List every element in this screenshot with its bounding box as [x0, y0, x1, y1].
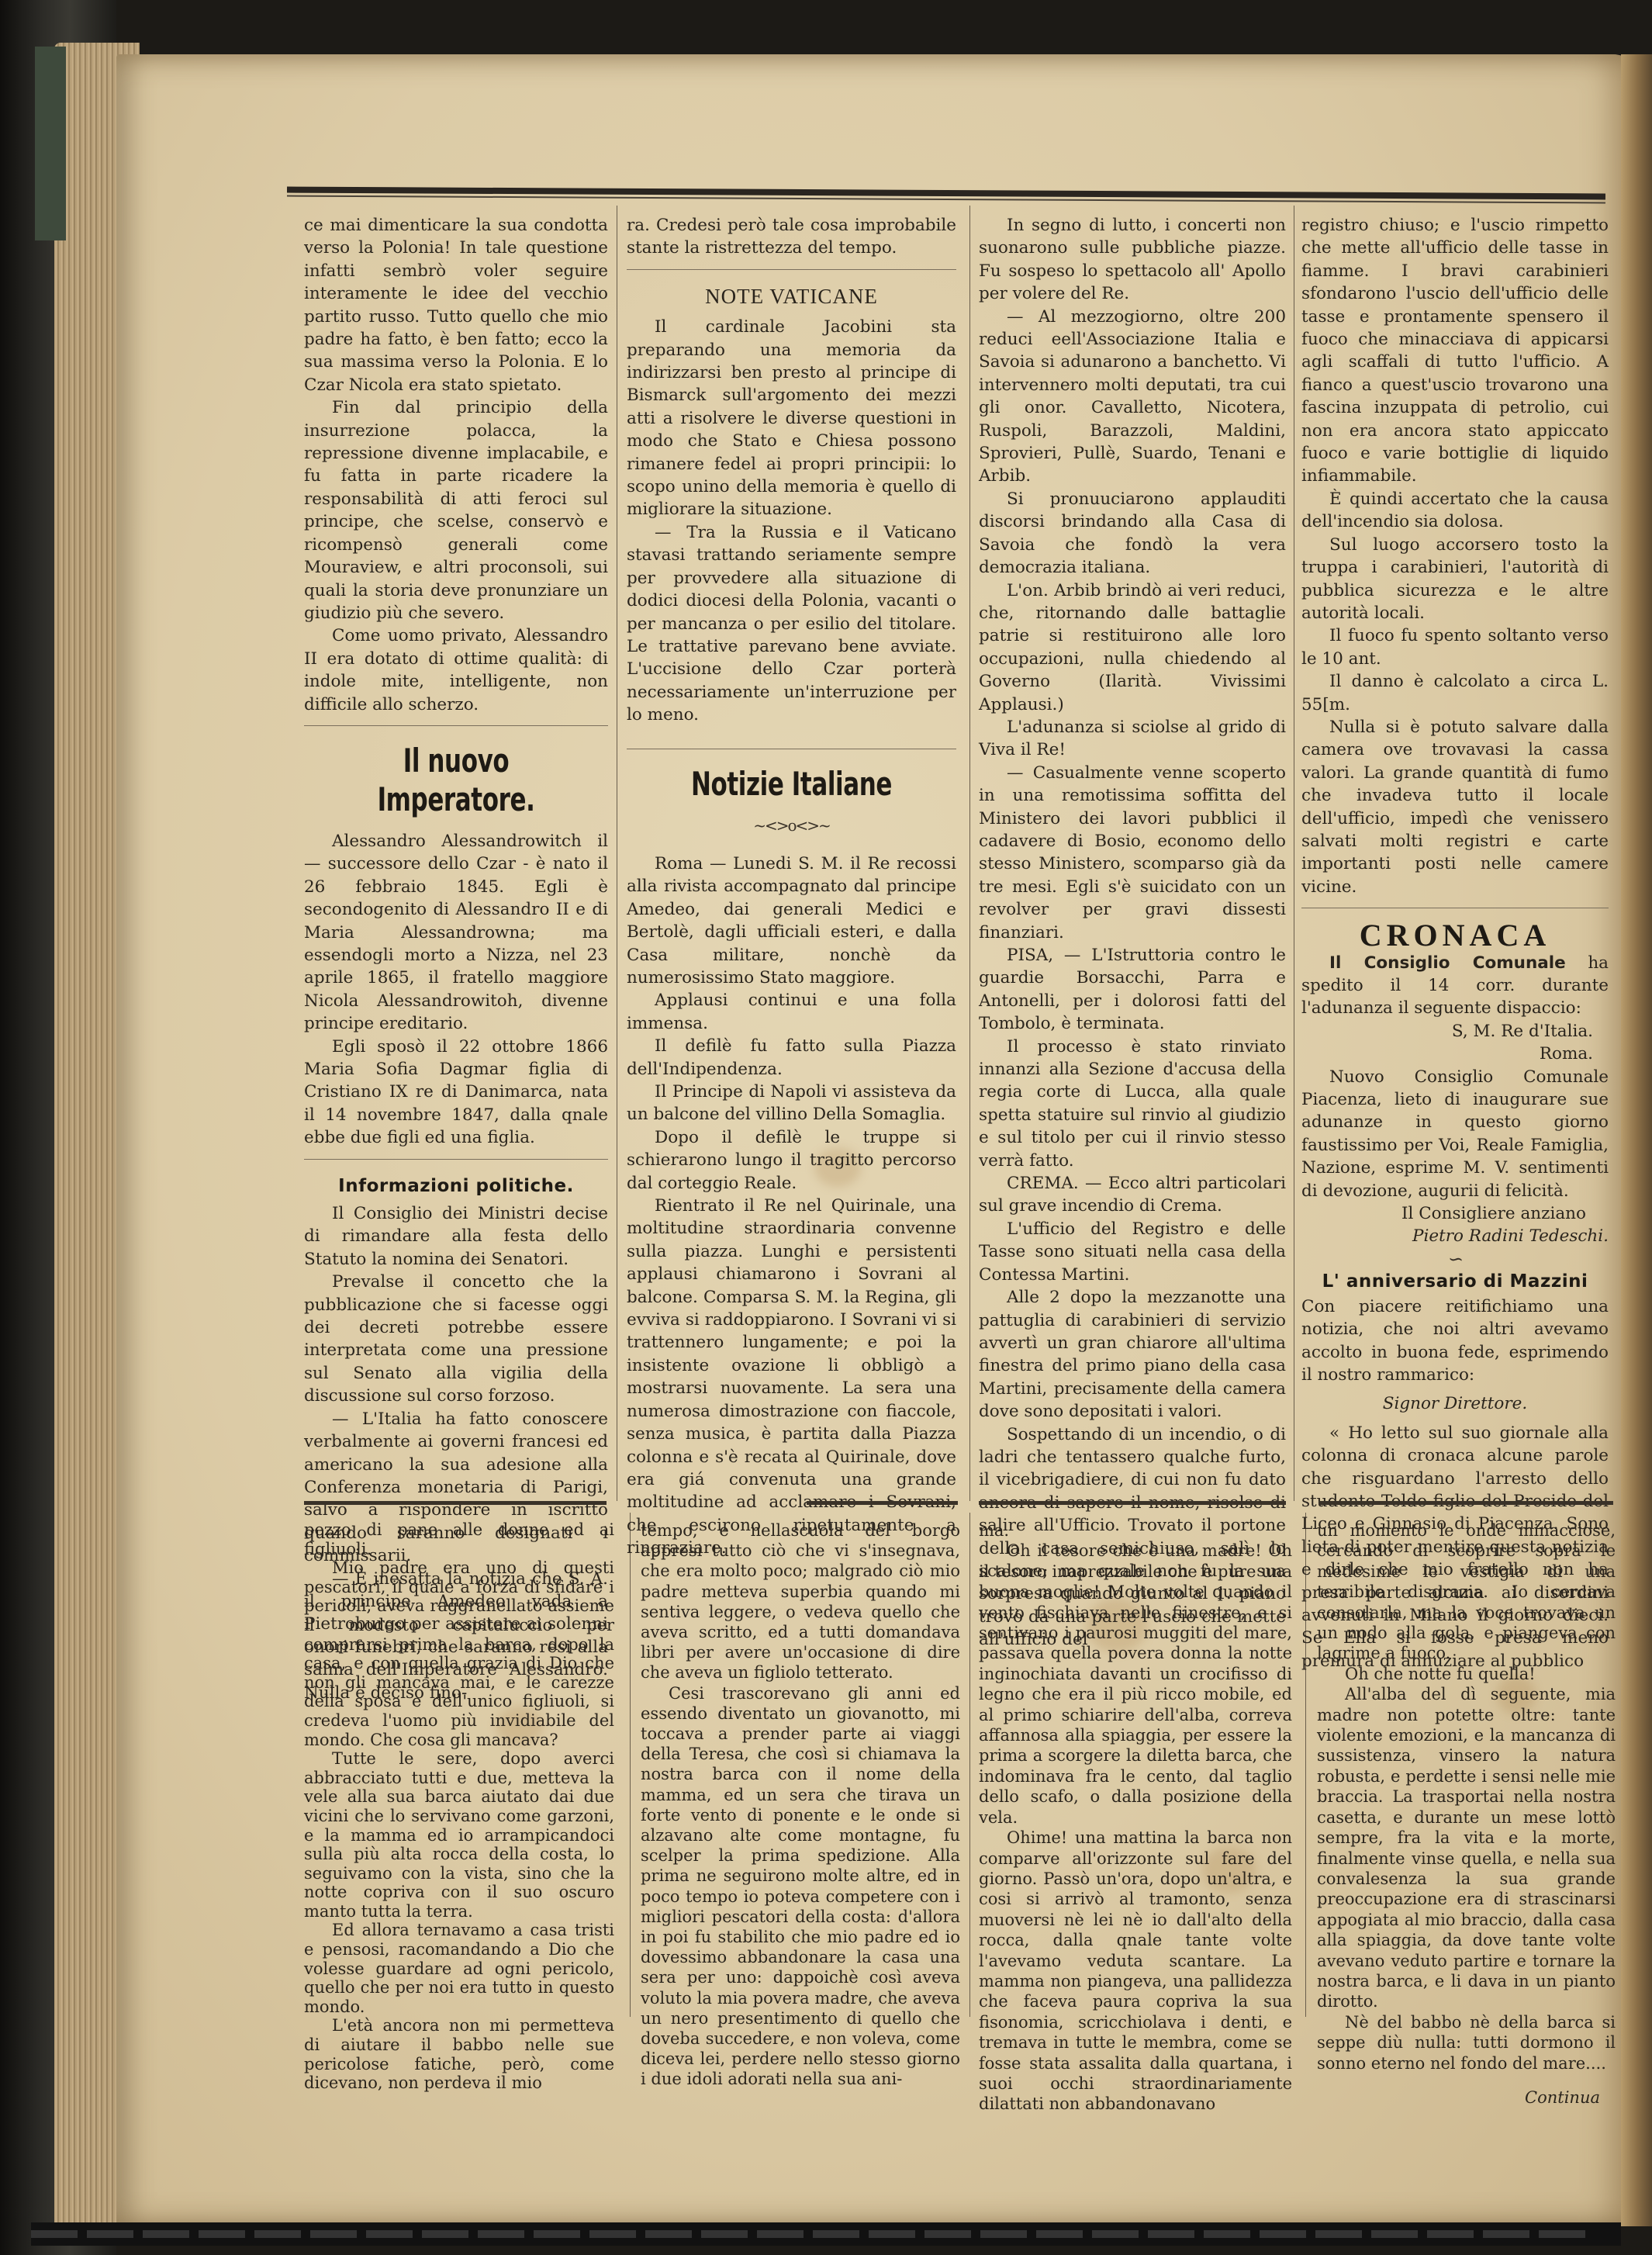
- article-paragraph: L'ufficio del Registro e delle Tasse son…: [979, 1218, 1286, 1286]
- article-paragraph: È quindi accertato che la causa dell'inc…: [1301, 488, 1609, 534]
- column-divider: [1294, 206, 1294, 1501]
- story-paragraph: Ed allora ternavamo a casa tristi e pens…: [304, 1921, 614, 2016]
- column-divider: [969, 1513, 970, 2017]
- story-paragraph: ma.: [979, 1520, 1292, 1541]
- article-paragraph: Alle 2 dopo la mezzanotte una pattuglia …: [979, 1286, 1286, 1423]
- council-lead: Il Consiglio Comunale: [1329, 953, 1566, 973]
- binding-tab: [35, 47, 66, 240]
- cronaca-heading: CRONACA: [1301, 924, 1609, 946]
- article-continuation: registro chiuso; e l'uscio rimpetto che …: [1301, 214, 1609, 488]
- article-paragraph: Il processo è stato rinviato innanzi all…: [979, 1036, 1286, 1172]
- article-paragraph: Egli sposò il 22 ottobre 1866 Maria Sofi…: [304, 1036, 608, 1150]
- emperor-heading: Il nuovo Imperatore.: [331, 742, 580, 819]
- ruler-strip: [31, 2222, 1621, 2246]
- feuilleton-rule: [807, 1501, 958, 1505]
- letter-salutation: Signor Direttore.: [1301, 1392, 1609, 1415]
- feuilleton-rule: [979, 1501, 1286, 1505]
- article-paragraph: Prevalse il concetto che la pubblicazion…: [304, 1271, 608, 1407]
- telegram-city: Roma.: [1301, 1043, 1609, 1065]
- article-paragraph: In segno di lutto, i concerti non suonar…: [979, 214, 1286, 306]
- telegram-text: Nuovo Consiglio Comunale Piacenza, lieto…: [1301, 1066, 1609, 1202]
- article-paragraph: Applausi continui e una folla immensa.: [627, 989, 956, 1035]
- story-paragraph: Oh il tesore che è una madre! Oh il teso…: [979, 1541, 1292, 1828]
- article-paragraph: Si pronuuciarono applauditi discorsi bri…: [979, 488, 1286, 579]
- feuilleton-column-3: ma. Oh il tesore che è una madre! Oh il …: [979, 1520, 1292, 2115]
- article-continuation: ce mai dimenticare la sua condotta verso…: [304, 214, 608, 396]
- column-divider: [630, 1513, 631, 2017]
- ornament-flourish: ∽: [1301, 1248, 1609, 1271]
- section-rule: [304, 1159, 608, 1160]
- article-paragraph: — Al mezzogiorno, oltre 200 reduci eell'…: [979, 306, 1286, 488]
- story-paragraph: Mio padre era uno di questi pescatori, i…: [304, 1558, 614, 1749]
- article-paragraph: L'adunanza si sciolse al grido di Viva i…: [979, 716, 1286, 762]
- column-divider: [969, 206, 970, 1501]
- council-paragraph: Il Consiglio Comunale ha spedito il 14 c…: [1301, 952, 1609, 1020]
- article-paragraph: Dopo il defilè le truppe si schierarono …: [627, 1126, 956, 1195]
- article-paragraph: Fin dal principio della insurrezione pol…: [304, 396, 608, 624]
- italian-news-heading: Notizie Italiane: [656, 765, 927, 804]
- article-paragraph: — Casualmente venne scoperto in una remo…: [979, 762, 1286, 944]
- article-paragraph: Il Consiglio dei Ministri decise di rima…: [304, 1202, 608, 1271]
- feuilleton-rule: [304, 1501, 607, 1505]
- page-curl: [1621, 54, 1652, 2226]
- story-paragraph: L'età ancora non mi permetteva di aiutar…: [304, 2016, 614, 2092]
- story-paragraph: Oh che notte fu quella!: [1317, 1664, 1616, 1684]
- telegram-address: S, M. Re d'Italia.: [1301, 1020, 1609, 1043]
- column-divider: [617, 206, 617, 1501]
- article-paragraph: CREMA. — Ecco altri particolari sul grav…: [979, 1172, 1286, 1218]
- section-rule: [1301, 908, 1609, 908]
- feuilleton-rule: [1318, 1501, 1613, 1505]
- article-paragraph: Il Principe di Napoli vi assisteva da un…: [627, 1081, 956, 1126]
- story-paragraph: Tutte le sere, dopo averci abbracciato t…: [304, 1749, 614, 1921]
- column-3: In segno di lutto, i concerti non suonar…: [979, 214, 1286, 1651]
- section-rule: [304, 725, 608, 726]
- mazzini-heading: L' anniversario di Mazzini: [1301, 1271, 1609, 1293]
- article-paragraph: L'on. Arbib brindò ai veri reduci, che, …: [979, 579, 1286, 716]
- column-2: ra. Credesi però tale cosa improbabile s…: [627, 214, 956, 1560]
- column-1: ce mai dimenticare la sua condotta verso…: [304, 214, 608, 1704]
- section-rule: [627, 269, 956, 270]
- story-paragraph: Cesi trascorevano gli anni ed essendo di…: [641, 1683, 960, 2090]
- article-paragraph: Il fuoco fu spento soltanto verso le 10 …: [1301, 624, 1609, 670]
- signer-name: Pietro Radini Tedeschi.: [1301, 1225, 1609, 1247]
- politics-heading: Informazioni politiche.: [304, 1175, 608, 1198]
- article-continuation: ra. Credesi però tale cosa improbabile s…: [627, 214, 956, 260]
- article-paragraph: Nulla si è potuto salvare dalla camera o…: [1301, 716, 1609, 898]
- article-paragraph: Come uomo privato, Alessandro II era dot…: [304, 624, 608, 716]
- continua-label: Continua: [1317, 2087, 1616, 2108]
- story-paragraph: All'alba del dì seguente, mia madre non …: [1317, 1684, 1616, 2012]
- article-paragraph: Il defilè fu fatto sulla Piazza dell'Ind…: [627, 1035, 956, 1081]
- article-paragraph: Il cardinale Jacobini sta preparando una…: [627, 316, 956, 521]
- story-paragraph: Nè del babbo nè della barca si seppe diù…: [1317, 2012, 1616, 2073]
- article-paragraph: Alessandro Alessandrowitch il — successo…: [304, 830, 608, 1036]
- feuilleton-column-1: pezzo di pane alle donne ed ai figliuoli…: [304, 1520, 614, 2093]
- story-paragraph: tempo, e nellascuola del borgo appresi t…: [641, 1520, 960, 1683]
- vatican-heading: NOTE VATICANE: [627, 285, 956, 308]
- signer-title: Il Consigliere anziano: [1301, 1202, 1609, 1225]
- article-paragraph: PISA, — L'Istruttoria contro le guardie …: [979, 944, 1286, 1036]
- article-paragraph: Sul luogo accorsero tosto la truppa i ca…: [1301, 534, 1609, 625]
- article-paragraph: Roma — Lunedi S. M. il Re recossi alla r…: [627, 853, 956, 989]
- story-paragraph: pezzo di pane alle donne ed ai figliuoli…: [304, 1520, 614, 1558]
- article-paragraph: Il danno è calcolato a circa L. 55[m.: [1301, 670, 1609, 716]
- section-rule: [627, 749, 956, 749]
- article-paragraph: Con piacere reitifichiamo una notizia, c…: [1301, 1295, 1609, 1387]
- column-4: registro chiuso; e l'uscio rimpetto che …: [1301, 214, 1609, 1672]
- feuilleton-column-2: tempo, e nellascuola del borgo appresi t…: [641, 1520, 960, 2090]
- story-paragraph: un momento le onde minacciose, cercando …: [1317, 1520, 1616, 1664]
- story-paragraph: Ohime! una mattina la barca non comparve…: [979, 1828, 1292, 2115]
- feuilleton-column-4: un momento le onde minacciose, cercando …: [1317, 1520, 1616, 2108]
- ornament-flourish: ~<>o<>~: [627, 814, 956, 837]
- article-paragraph: — Tra la Russia e il Vaticano stavasi tr…: [627, 521, 956, 727]
